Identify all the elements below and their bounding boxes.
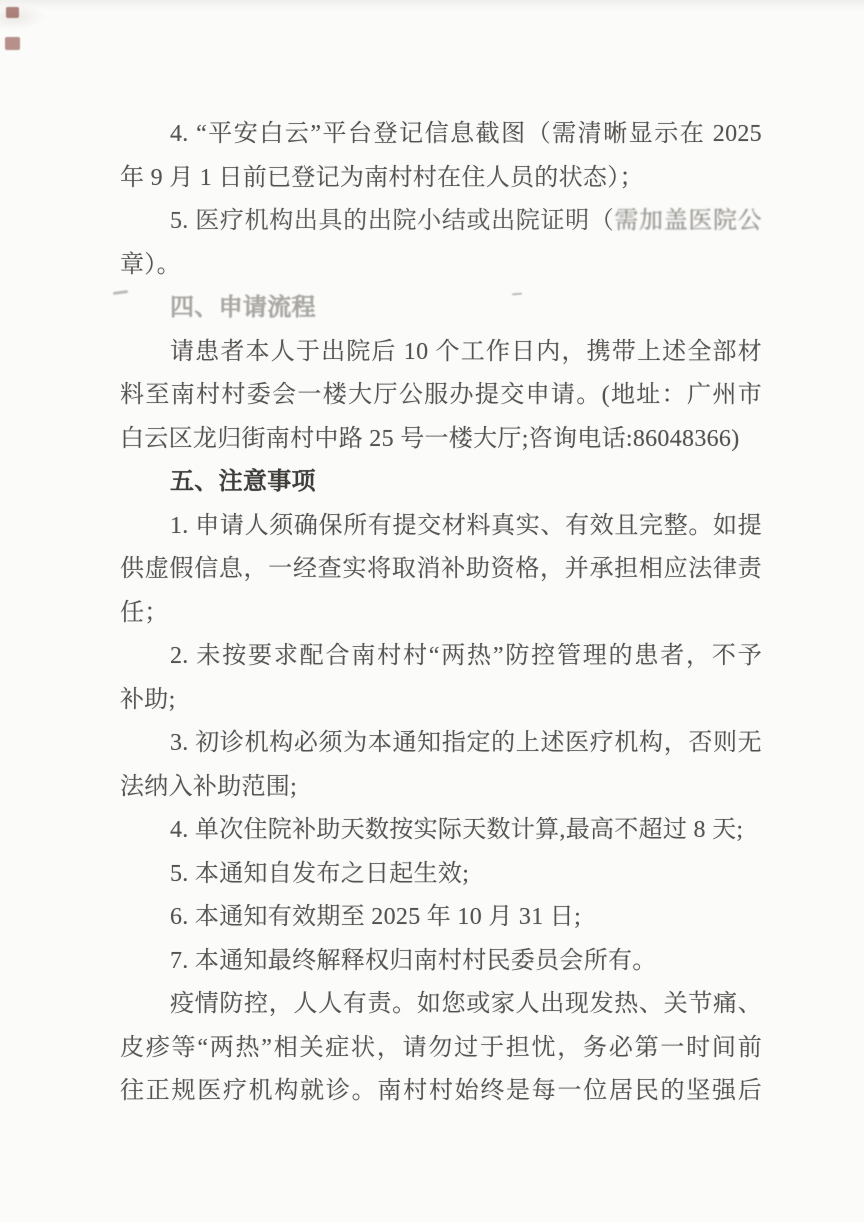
text-line: 白云区龙归街南村中路 25 号一楼大厅;咨询电话:86048366): [120, 418, 762, 462]
text-run: 请患者本人于出院后 10 个工作日内，携带上述全部材: [170, 339, 762, 365]
text-run: 法纳入补助范围;: [120, 774, 297, 800]
text-run: 3. 初诊机构必须为本通知指定的上述医疗机构，否则无: [170, 730, 762, 756]
text-run: 5. 本通知自发布之日起生效;: [170, 861, 469, 887]
text-line: 五、注意事项: [120, 461, 762, 505]
document-text-block: 4. “平安白云”平台登记信息截图（需清晰显示在 2025年 9 月 1 日前已…: [120, 113, 762, 1114]
text-line: 4. 单次住院补助天数按实际天数计算,最高不超过 8 天;: [120, 809, 762, 853]
text-line: 四、申请流程: [120, 287, 762, 331]
text-line: 4. “平安白云”平台登记信息截图（需清晰显示在 2025: [120, 113, 762, 157]
text-run: 需加盖医院公: [614, 208, 762, 234]
text-run: 供虚假信息，一经查实将取消补助资格，并承担相应法律责: [120, 556, 762, 582]
text-run: 1. 申请人须确保所有提交材料真实、有效且完整。如提: [170, 513, 762, 539]
text-line: 5. 本通知自发布之日起生效;: [120, 853, 762, 897]
text-line: 皮疹等“两热”相关症状，请勿过于担忧，务必第一时间前: [120, 1027, 762, 1071]
text-run: 5. 医疗机构出具的出院小结或出院证明（: [170, 208, 614, 234]
text-line: 章）。: [120, 244, 762, 288]
text-line: 年 9 月 1 日前已登记为南村村在住人员的状态）；: [120, 157, 762, 201]
text-run: 五、注意事项: [170, 469, 316, 495]
text-line: 1. 申请人须确保所有提交材料真实、有效且完整。如提: [120, 505, 762, 549]
text-line: 疫情防控，人人有责。如您或家人出现发热、关节痛、: [120, 983, 762, 1027]
text-line: 2. 未按要求配合南村村“两热”防控管理的患者，不予: [120, 635, 762, 679]
document-page: 4. “平安白云”平台登记信息截图（需清晰显示在 2025年 9 月 1 日前已…: [0, 0, 864, 1222]
text-run: 往正规医疗机构就诊。南村村始终是每一位居民的坚强后盾，: [120, 1078, 762, 1114]
red-stamp-artifact: [5, 37, 20, 50]
text-line: 补助;: [120, 679, 762, 723]
text-run: 4. “平安白云”平台登记信息截图（需清晰显示在 2025: [170, 121, 762, 147]
text-run: 年 9 月 1 日前已登记为南村村在住人员的状态）；: [120, 165, 644, 191]
text-line: 5. 医疗机构出具的出院小结或出院证明（需加盖医院公: [120, 200, 762, 244]
text-run: 7. 本通知最终解释权归南村村民委员会所有。: [170, 948, 657, 974]
text-line: 任；: [120, 592, 762, 636]
text-run: 疫情防控，人人有责。如您或家人出现发热、关节痛、: [170, 991, 762, 1017]
text-line: 7. 本通知最终解释权归南村村民委员会所有。: [120, 940, 762, 984]
text-line: 6. 本通知有效期至 2025 年 10 月 31 日;: [120, 896, 762, 940]
text-run: 料至南村村委会一楼大厅公服办提交申请。(地址：广州市: [120, 382, 762, 408]
text-line: 往正规医疗机构就诊。南村村始终是每一位居民的坚强后盾，: [120, 1070, 762, 1114]
text-run: 任；: [120, 600, 169, 626]
text-run: 补助;: [120, 687, 176, 713]
text-run: 白云区龙归街南村中路 25 号一楼大厅;咨询电话:86048366): [120, 426, 740, 452]
red-stamp-artifact: [6, 7, 19, 18]
text-run: 四、申请流程: [170, 295, 316, 321]
text-line: 法纳入补助范围;: [120, 766, 762, 810]
text-run: 4. 单次住院补助天数按实际天数计算,最高不超过 8 天;: [170, 817, 743, 843]
text-line: 3. 初诊机构必须为本通知指定的上述医疗机构，否则无: [120, 722, 762, 766]
text-run: 皮疹等“两热”相关症状，请勿过于担忧，务必第一时间前: [120, 1035, 762, 1061]
text-line: 料至南村村委会一楼大厅公服办提交申请。(地址：广州市: [120, 374, 762, 418]
text-line: 供虚假信息，一经查实将取消补助资格，并承担相应法律责: [120, 548, 762, 592]
text-run: 2. 未按要求配合南村村“两热”防控管理的患者，不予: [170, 643, 762, 669]
text-line: 请患者本人于出院后 10 个工作日内，携带上述全部材: [120, 331, 762, 375]
scan-edge-shadow: [0, 0, 864, 10]
text-run: 6. 本通知有效期至 2025 年 10 月 31 日;: [170, 904, 581, 930]
text-run: 章）。: [120, 252, 181, 278]
